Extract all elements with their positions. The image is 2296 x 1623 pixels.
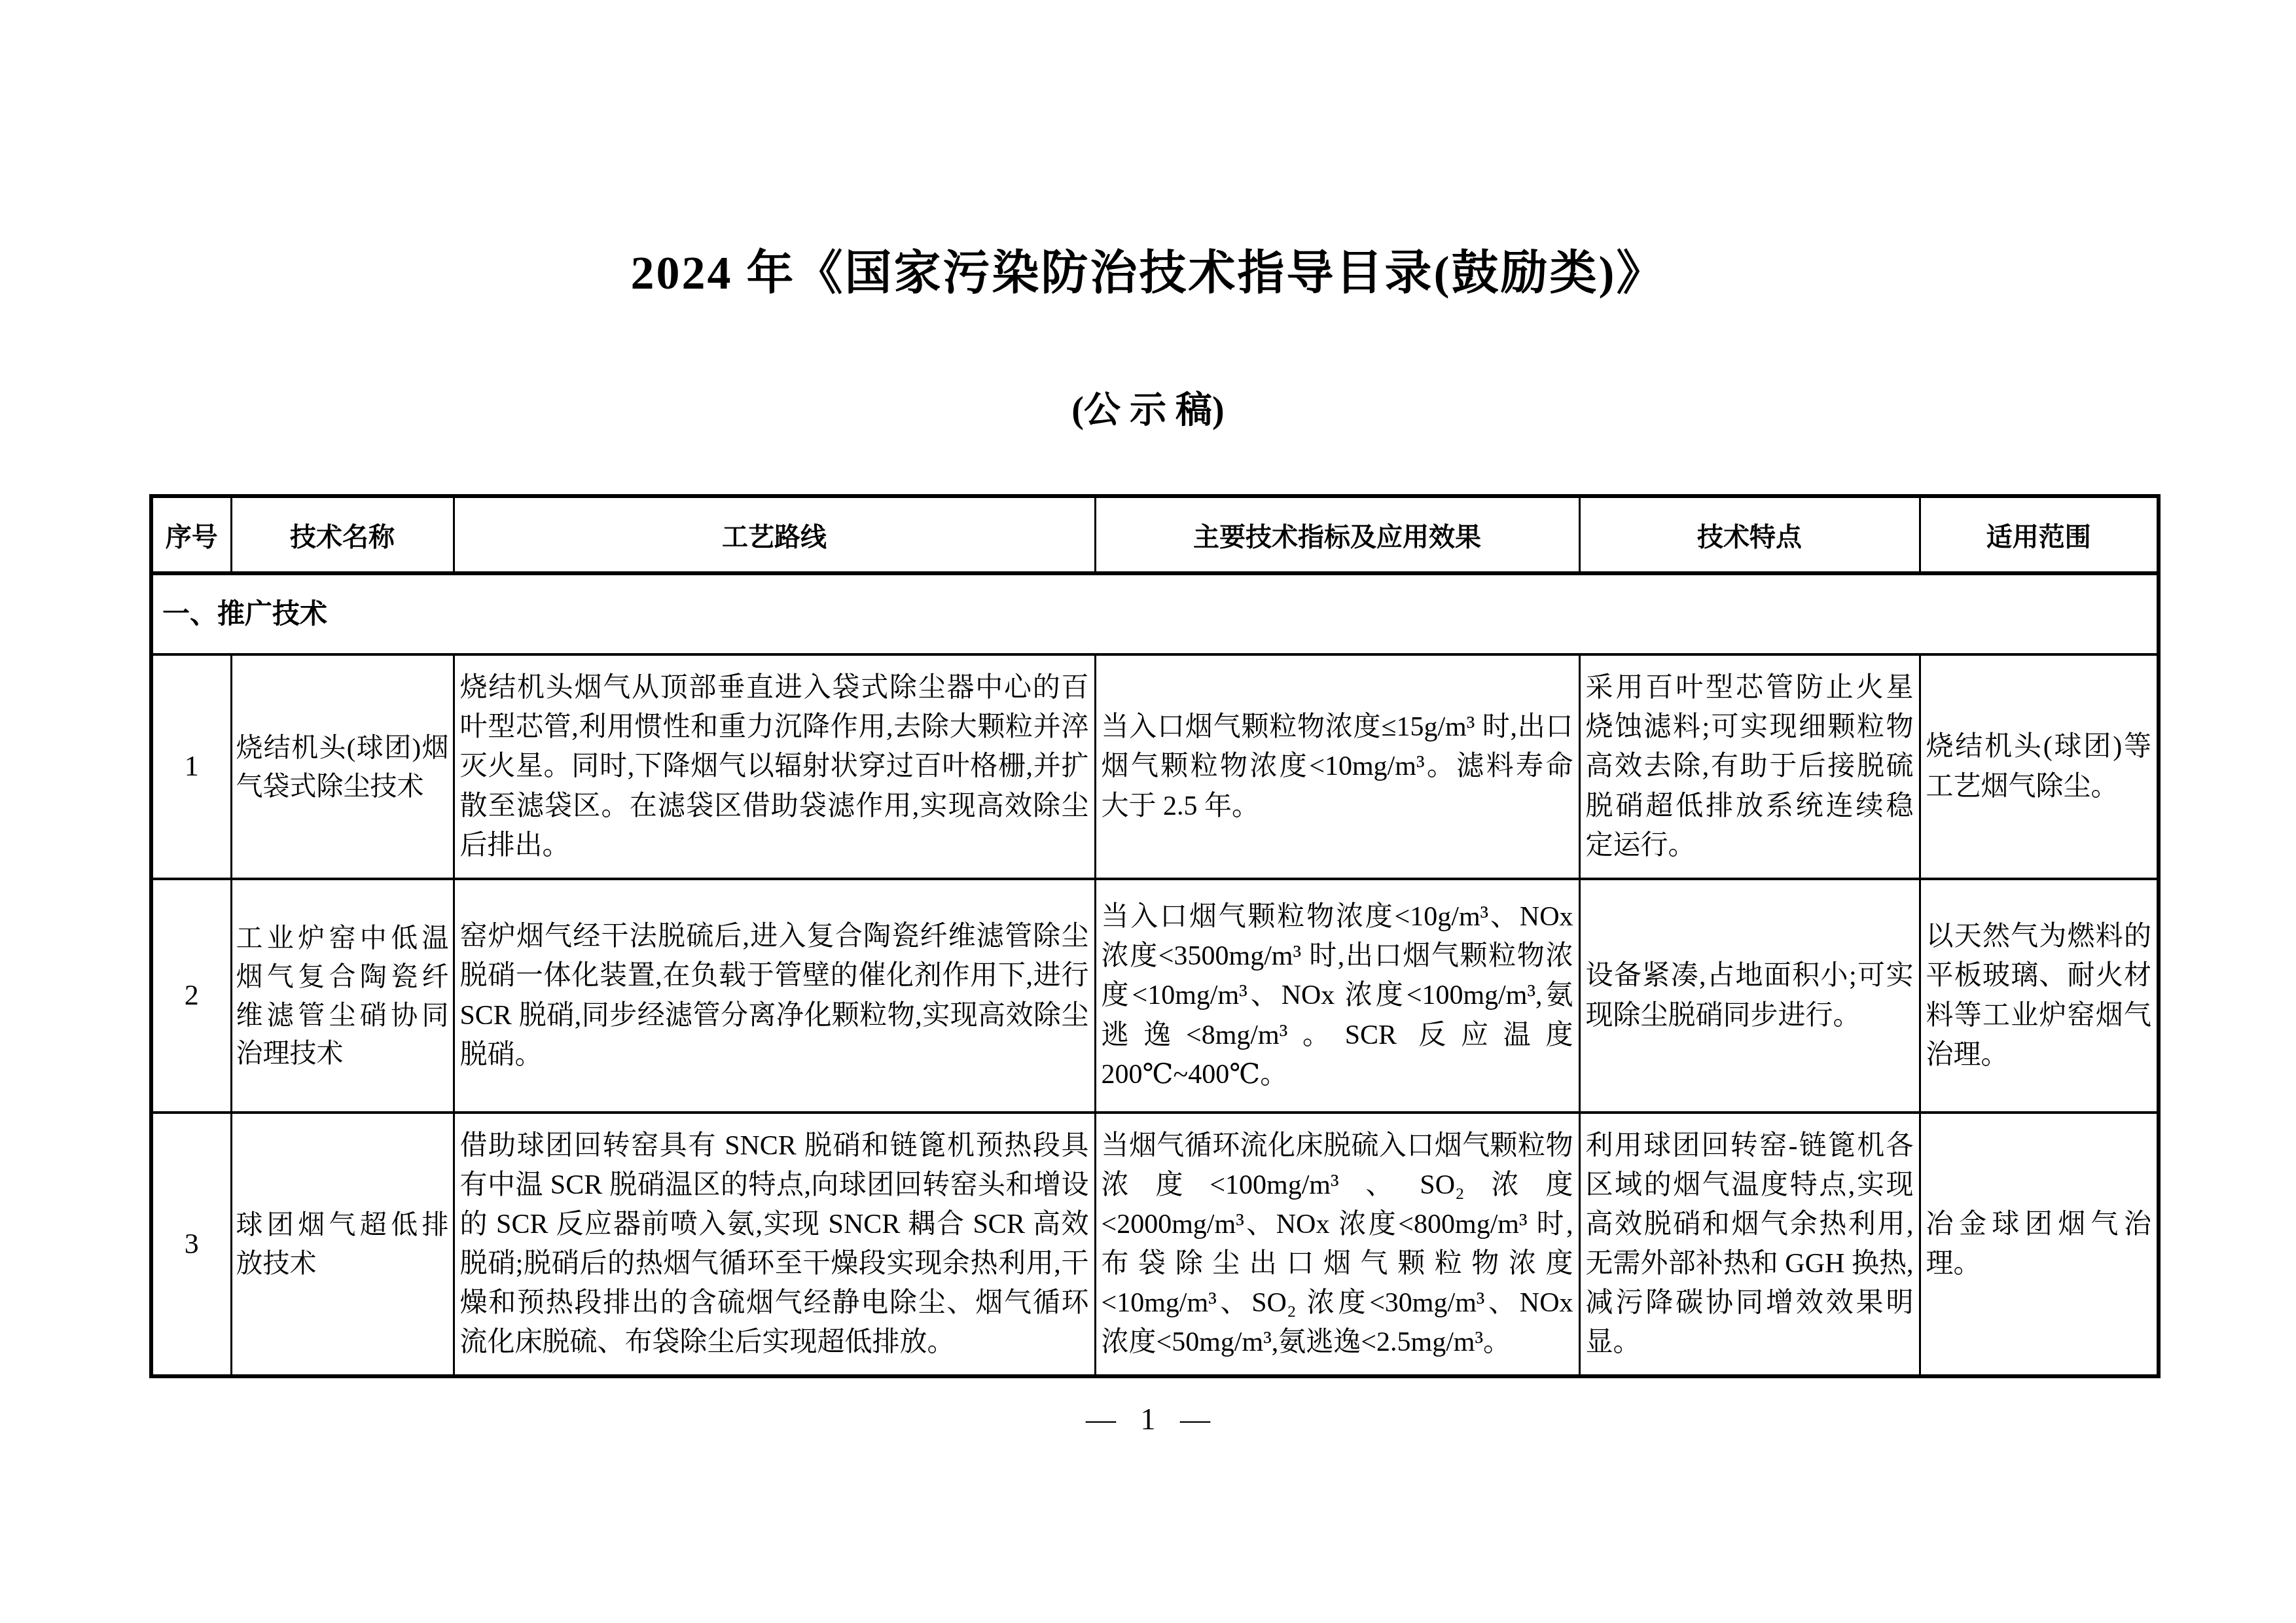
page-subtitle: (公 示 稿) <box>0 381 2296 433</box>
header-cell-process-route: 工艺路线 <box>454 496 1095 573</box>
row-number-cell: 2 <box>151 879 231 1113</box>
process-route-cell: 借助球团回转窑具有 SNCR 脱硝和链篦机预热段具有中温 SCR 脱硝温区的特点… <box>454 1113 1095 1376</box>
scope-cell: 以天然气为燃料的平板玻璃、耐火材料等工业炉窑烟气治理。 <box>1920 879 2159 1113</box>
indicators-cell: 当烟气循环流化床脱硫入口烟气颗粒物浓度<100mg/m³、SO₂浓度<2000m… <box>1095 1113 1579 1376</box>
row-number-cell: 1 <box>151 654 231 879</box>
header-cell-indicators: 主要技术指标及应用效果 <box>1095 496 1579 573</box>
table-header-row: 序号 技术名称 工艺路线 主要技术指标及应用效果 技术特点 适用范围 <box>151 496 2159 573</box>
document-page: 2024 年《国家污染防治技术指导目录(鼓励类)》 (公 示 稿) 序号 技术名… <box>0 0 2296 1623</box>
process-route-cell: 窑炉烟气经干法脱硫后,进入复合陶瓷纤维滤管除尘脱硝一体化装置,在负载于管壁的催化… <box>454 879 1095 1113</box>
scope-cell: 烧结机头(球团)等工艺烟气除尘。 <box>1920 654 2159 879</box>
table-row: 1 烧结机头(球团)烟气袋式除尘技术 烧结机头烟气从顶部垂直进入袋式除尘器中心的… <box>151 654 2159 879</box>
header-cell-tech-name: 技术名称 <box>231 496 454 573</box>
process-route-cell: 烧结机头烟气从顶部垂直进入袋式除尘器中心的百叶型芯管,利用惯性和重力沉降作用,去… <box>454 654 1095 879</box>
section-label: 一、推广技术 <box>151 573 2159 654</box>
section-row: 一、推广技术 <box>151 573 2159 654</box>
features-cell: 采用百叶型芯管防止火星烧蚀滤料;可实现细颗粒物高效去除,有助于后接脱硫脱硝超低排… <box>1579 654 1920 879</box>
row-number-cell: 3 <box>151 1113 231 1376</box>
features-cell: 设备紧凑,占地面积小;可实现除尘脱硝同步进行。 <box>1579 879 1920 1113</box>
table-row: 2 工业炉窑中低温烟气复合陶瓷纤维滤管尘硝协同治理技术 窑炉烟气经干法脱硫后,进… <box>151 879 2159 1113</box>
indicators-cell: 当入口烟气颗粒物浓度<10g/m³、NOx 浓度<3500mg/m³ 时,出口烟… <box>1095 879 1579 1113</box>
page-title: 2024 年《国家污染防治技术指导目录(鼓励类)》 <box>0 234 2296 302</box>
indicators-cell: 当入口烟气颗粒物浓度≤15g/m³ 时,出口烟气颗粒物浓度<10mg/m³。滤料… <box>1095 654 1579 879</box>
tech-name-cell: 球团烟气超低排放技术 <box>231 1113 454 1376</box>
features-cell: 利用球团回转窑-链篦机各区域的烟气温度特点,实现高效脱硝和烟气余热利用,无需外部… <box>1579 1113 1920 1376</box>
page-number: — 1 — <box>0 1402 2296 1436</box>
scope-cell: 冶金球团烟气治理。 <box>1920 1113 2159 1376</box>
tech-name-cell: 烧结机头(球团)烟气袋式除尘技术 <box>231 654 454 879</box>
tech-name-cell: 工业炉窑中低温烟气复合陶瓷纤维滤管尘硝协同治理技术 <box>231 879 454 1113</box>
header-cell-scope: 适用范围 <box>1920 496 2159 573</box>
table-row: 3 球团烟气超低排放技术 借助球团回转窑具有 SNCR 脱硝和链篦机预热段具有中… <box>151 1113 2159 1376</box>
header-cell-no: 序号 <box>151 496 231 573</box>
catalog-table: 序号 技术名称 工艺路线 主要技术指标及应用效果 技术特点 适用范围 一、推广技… <box>149 494 2161 1378</box>
header-cell-features: 技术特点 <box>1579 496 1920 573</box>
